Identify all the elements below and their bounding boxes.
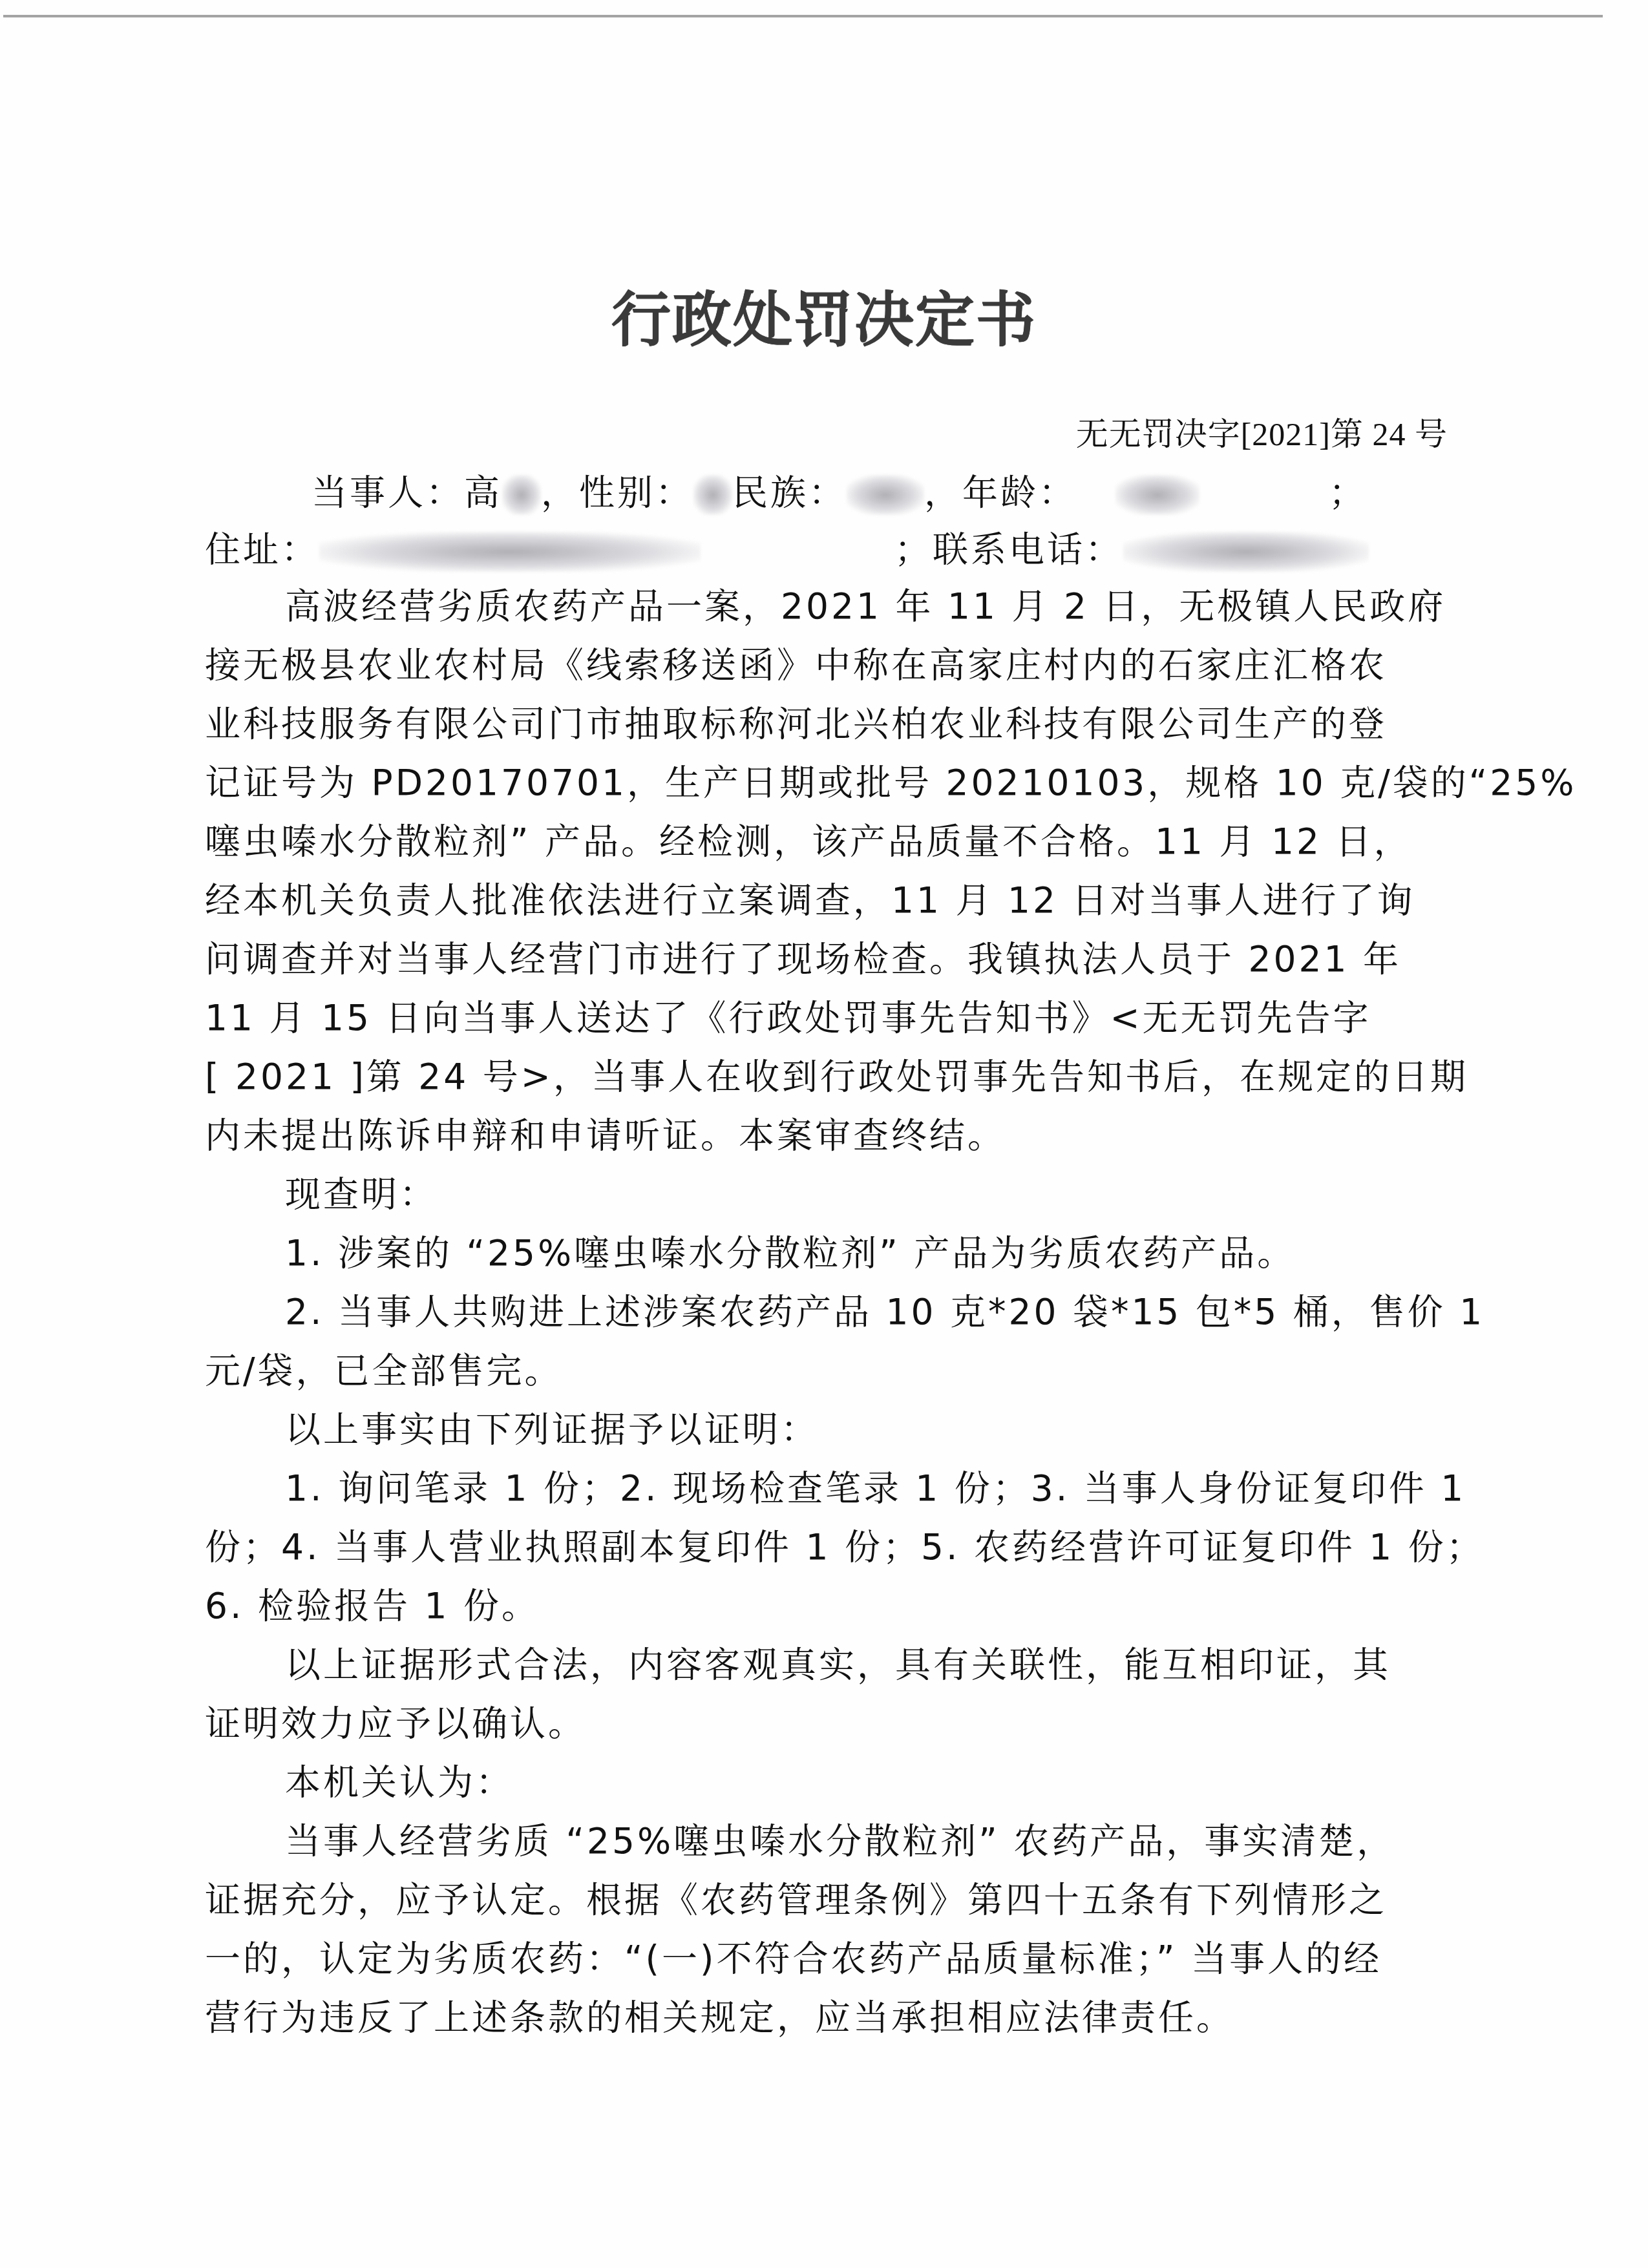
gender-label: 性别： (579, 472, 693, 513)
document-page: 行政处罚决定书 无无罚决字[2021]第 24 号 当事人：高，性别：民族：，年… (0, 0, 1648, 2268)
evidence-list-line: 6. 检验报告 1 份。 (205, 1583, 1449, 1628)
body-line: [ 2021 ]第 24 号>，当事人在收到行政处罚事先告知书后，在规定的日期 (205, 1054, 1449, 1099)
body-line: 证明效力应予以确认。 (205, 1701, 1449, 1746)
body-line: 问调查并对当事人经营门市进行了现场检查。我镇执法人员于 2021 年 (205, 936, 1449, 982)
address-line: 住址：；联系电话： (205, 527, 1449, 572)
redacted-gender (693, 475, 732, 515)
body-line: 经本机关负责人批准依法进行立案调查，11 月 12 日对当事人进行了询 (205, 877, 1449, 923)
document-title: 行政处罚决定书 (0, 273, 1648, 358)
finding-item: 1. 涉案的 “25%噻虫嗪水分散粒剂” 产品为劣质农药产品。 (285, 1230, 1448, 1276)
body-line: 以上证据形式合法，内容客观真实，具有关联性，能互相印证，其 (285, 1642, 1448, 1687)
redacted-name (502, 475, 541, 515)
section-heading-opinion: 本机关认为： (285, 1759, 1448, 1805)
body-line: 高波经营劣质农药产品一案，2021 年 11 月 2 日，无极镇人民政府 (285, 583, 1448, 629)
party-name: 高 (464, 472, 502, 513)
scan-edge-line (3, 15, 1603, 17)
party-info-line: 当事人：高，性别：民族：，年龄：； (312, 470, 1449, 515)
section-heading-findings: 现查明： (285, 1171, 1448, 1217)
body-line: 营行为违反了上述条款的相关规定，应当承担相应法律责任。 (205, 1995, 1449, 2040)
body-line: 当事人经营劣质 “25%噻虫嗪水分散粒剂” 农药产品，事实清楚， (285, 1818, 1448, 1864)
body-line: 业科技服务有限公司门市抽取标称河北兴柏农业科技有限公司生产的登 (205, 701, 1449, 746)
body-line: 接无极县农业农村局《线索移送函》中称在高家庄村内的石家庄汇格农 (205, 642, 1449, 688)
redacted-age (1115, 475, 1199, 515)
finding-item-cont: 元/袋，已全部售完。 (205, 1348, 1449, 1393)
finding-item: 2. 当事人共购进上述涉案农药产品 10 克*20 袋*15 包*5 桶，售价 … (285, 1289, 1448, 1334)
age-label: 年龄： (962, 472, 1077, 513)
evidence-list-line: 份；4. 当事人营业执照副本复印件 1 份；5. 农药经营许可证复印件 1 份； (205, 1524, 1449, 1570)
body-line: 11 月 15 日向当事人送达了《行政处罚事先告知书》<无无罚先告字 (205, 995, 1449, 1040)
body-line: 证据充分，应予认定。根据《农药管理条例》第四十五条有下列情形之 (205, 1877, 1449, 1922)
line-end-punct: ； (1329, 472, 1367, 513)
address-label: 住址： (205, 529, 319, 570)
body-line: 噻虫嗪水分散粒剂” 产品。经检测，该产品质量不合格。11 月 12 日， (205, 819, 1449, 864)
redacted-address (319, 532, 701, 572)
party-label: 当事人： (312, 472, 464, 513)
redacted-ethnicity (847, 475, 924, 515)
phone-label: ；联系电话： (894, 529, 1123, 570)
section-heading-evidence: 以上事实由下列证据予以证明： (285, 1407, 1448, 1452)
document-number: 无无罚决字[2021]第 24 号 (1076, 408, 1448, 455)
body-line: 一的，认定为劣质农药：“(一)不符合农药产品质量标准；” 当事人的经 (205, 1936, 1449, 1981)
body-line: 记证号为 PD20170701，生产日期或批号 20210103，规格 10 克… (205, 760, 1449, 805)
redacted-phone (1123, 532, 1369, 572)
body-line: 内未提出陈诉申辩和申请听证。本案审查终结。 (205, 1113, 1449, 1158)
ethnicity-label: 民族： (732, 472, 847, 513)
evidence-list-line: 1. 询问笔录 1 份；2. 现场检查笔录 1 份；3. 当事人身份证复印件 1 (285, 1465, 1448, 1511)
